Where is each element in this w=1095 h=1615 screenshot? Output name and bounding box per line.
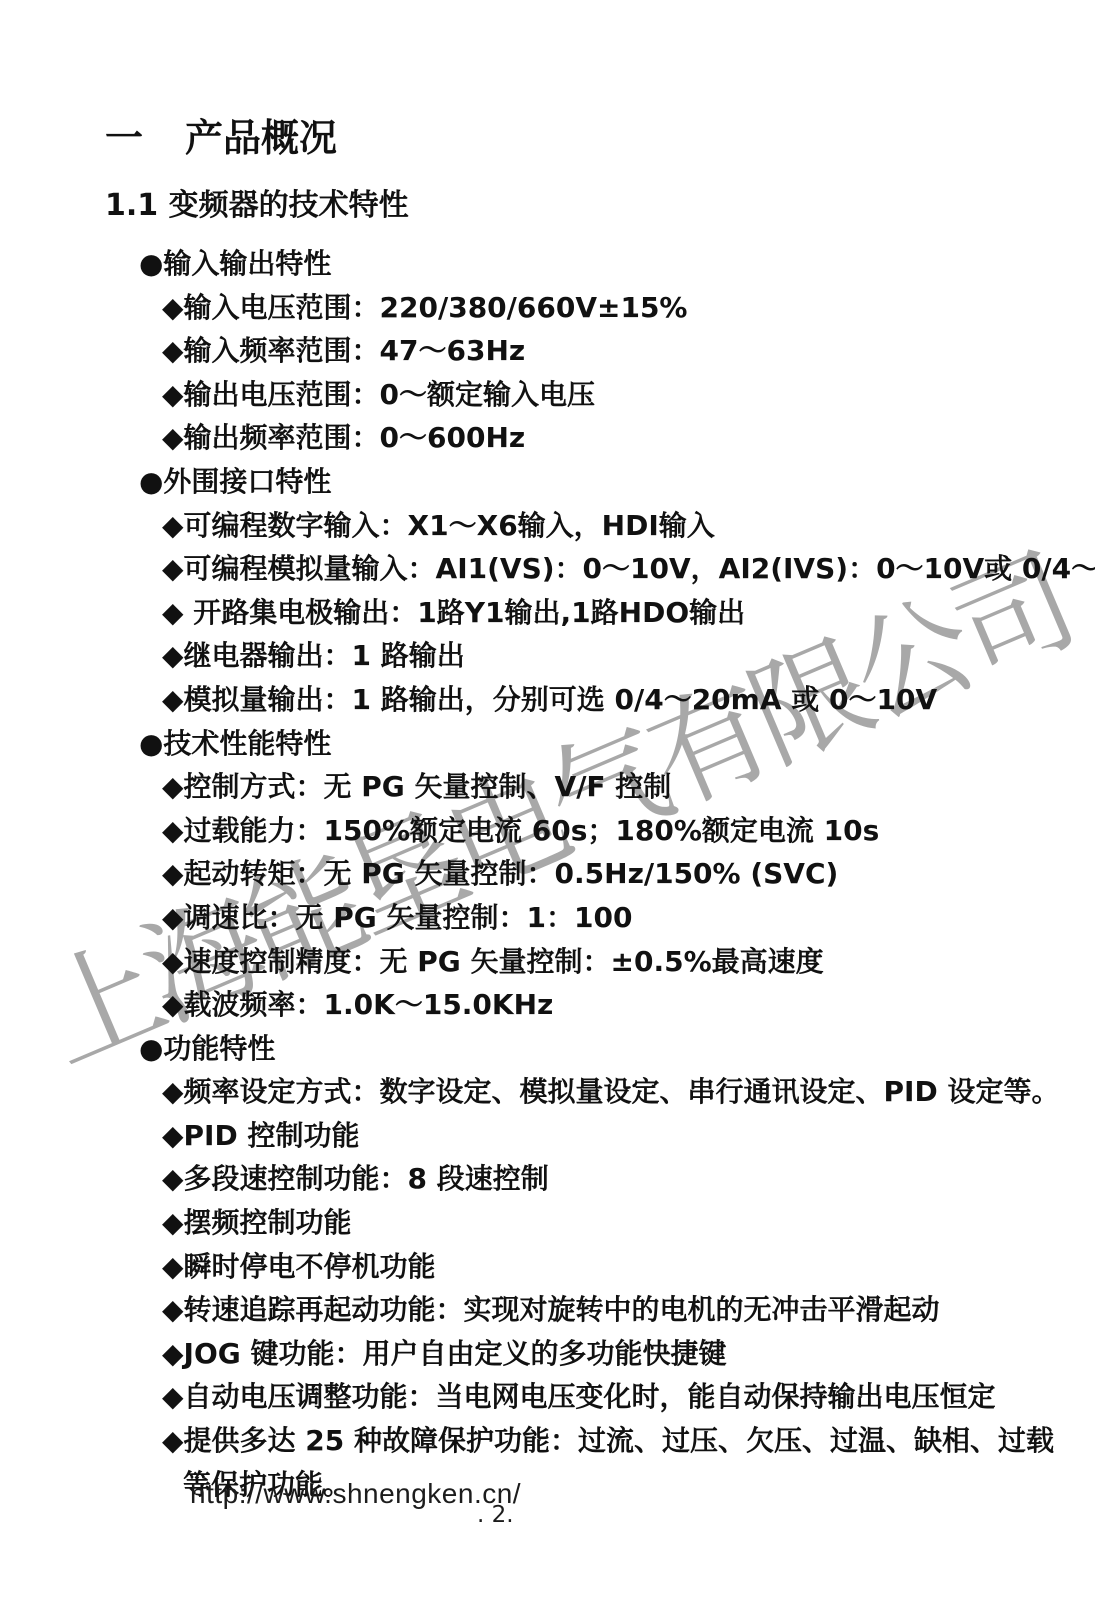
feature-line: ◆瞬时停电不停机功能 [0,1245,1095,1289]
section-heading: 1.1 变频器的技术特性 [105,189,409,223]
chapter-title: 产品概况 [185,116,337,160]
feature-line: ◆可编程模拟量输入：AI1(VS)：0～10V，AI2(IVS)：0～10V或 … [0,547,1095,591]
feature-line: ◆载波频率：1.0K～15.0KHz [0,983,1095,1027]
feature-line: ◆可编程数字输入：X1～X6输入，HDI输入 [0,504,1095,548]
feature-line: ◆起动转矩：无 PG 矢量控制：0.5Hz/150% (SVC) [0,852,1095,896]
feature-line: ◆输入电压范围：220/380/660V±15% [0,286,1095,330]
chapter-number: 一 [105,116,143,160]
feature-line: ◆转速追踪再起动功能：实现对旋转中的电机的无冲击平滑起动 [0,1288,1095,1332]
feature-line: ◆输入频率范围：47～63Hz [0,329,1095,373]
feature-line: ◆过载能力：150%额定电流 60s；180%额定电流 10s [0,809,1095,853]
feature-line: ◆频率设定方式：数字设定、模拟量设定、串行通讯设定、PID 设定等。 [0,1070,1095,1114]
section-bullet-line: ●输入输出特性 [0,242,1095,286]
feature-list: ●输入输出特性◆输入电压范围：220/380/660V±15%◆输入频率范围：4… [0,242,1095,1506]
feature-line: ◆控制方式：无 PG 矢量控制、V/F 控制 [0,765,1095,809]
section-bullet-line: ●外围接口特性 [0,460,1095,504]
feature-line: ◆输出频率范围：0～600Hz [0,416,1095,460]
footer-url: http://www.shnengken.cn/ [190,1478,521,1510]
page-content: 一产品概况 1.1 变频器的技术特性 ●输入输出特性◆输入电压范围：220/38… [0,0,1095,1615]
feature-line: ◆输出电压范围：0～额定输入电压 [0,373,1095,417]
feature-line: ◆自动电压调整功能：当电网电压变化时，能自动保持输出电压恒定 [0,1375,1095,1419]
document-page: 上海能垦电气有限公司 一产品概况 1.1 变频器的技术特性 ●输入输出特性◆输入… [0,0,1095,1615]
feature-line: ◆摆频控制功能 [0,1201,1095,1245]
page-number: . 2. [477,1502,514,1528]
feature-line: ◆JOG 键功能：用户自由定义的多功能快捷键 [0,1332,1095,1376]
feature-line: 等保护功能。 [0,1463,1095,1507]
feature-line: ◆多段速控制功能：8 段速控制 [0,1157,1095,1201]
feature-line: ◆PID 控制功能 [0,1114,1095,1158]
page-title: 一产品概况 [105,116,337,160]
section-bullet-line: ●技术性能特性 [0,722,1095,766]
section-bullet-line: ●功能特性 [0,1027,1095,1071]
feature-line: ◆模拟量输出：1 路输出，分别可选 0/4～20mA 或 0～10V [0,678,1095,722]
feature-line: ◆继电器输出：1 路输出 [0,634,1095,678]
feature-line: ◆ 开路集电极输出：1路Y1输出,1路HDO输出 [0,591,1095,635]
feature-line: ◆提供多达 25 种故障保护功能：过流、过压、欠压、过温、缺相、过载 [0,1419,1095,1463]
feature-line: ◆调速比：无 PG 矢量控制：1：100 [0,896,1095,940]
feature-line: ◆速度控制精度：无 PG 矢量控制：±0.5%最高速度 [0,940,1095,984]
